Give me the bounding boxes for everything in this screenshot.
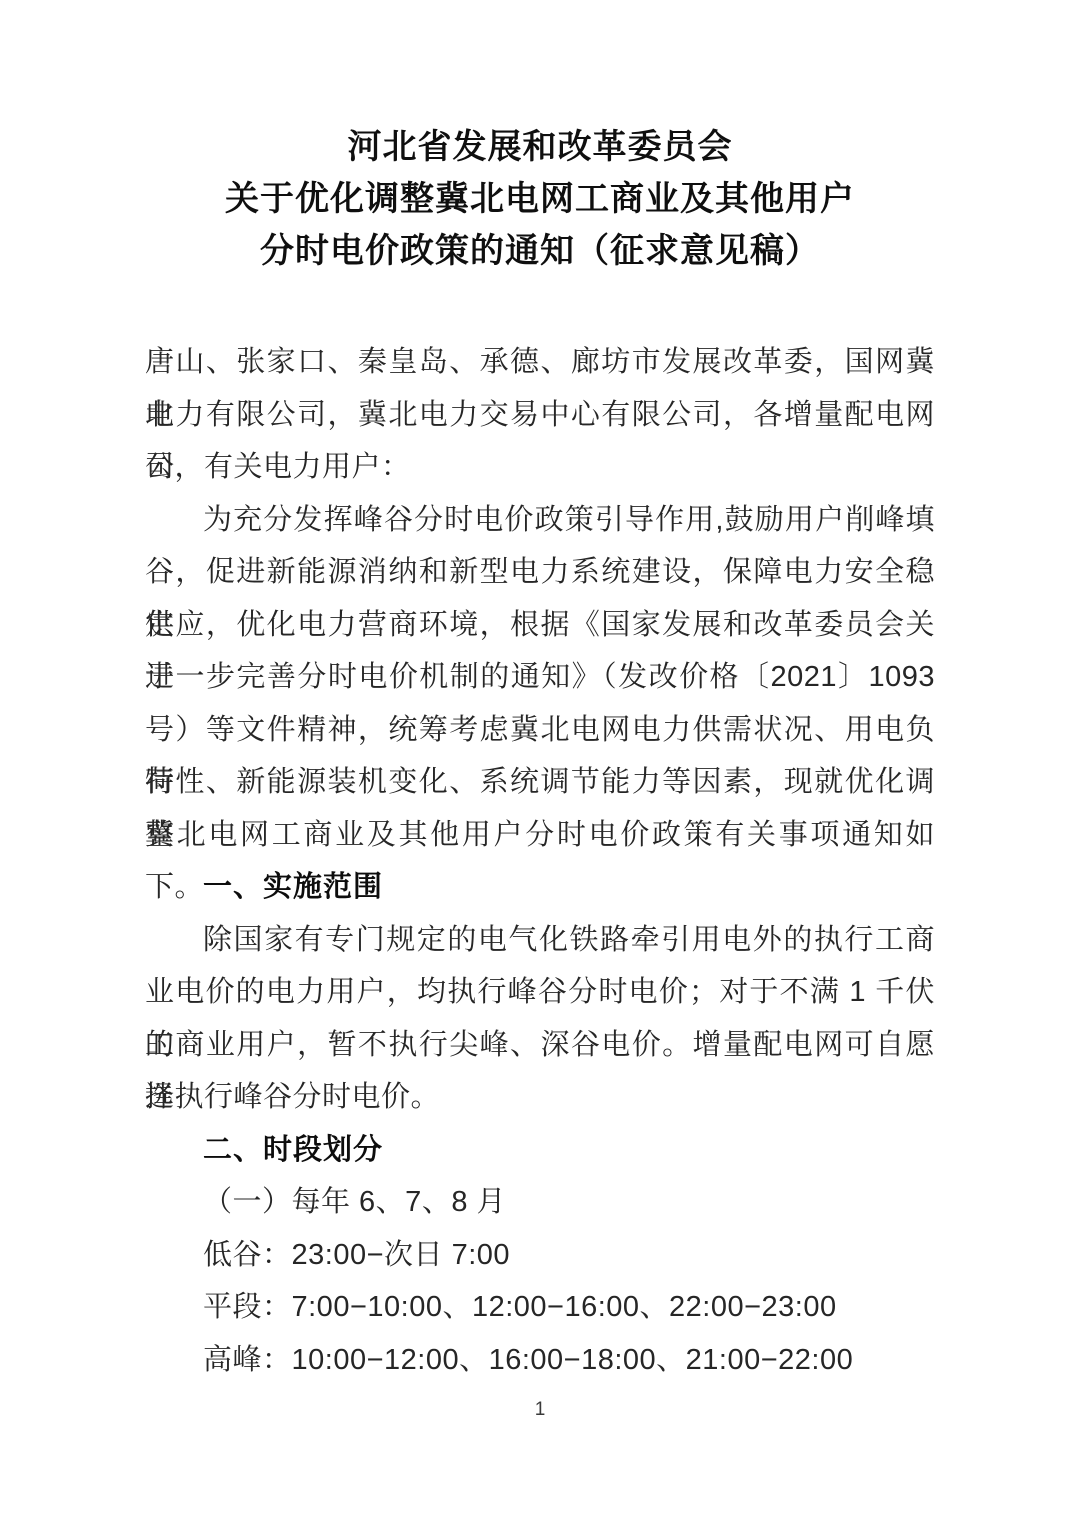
document-page: 河北省发展和改革委员会 关于优化调整冀北电网工商业及其他用户 分时电价政策的通知… [0,0,1080,1527]
intro-line: 为充分发挥峰谷分时电价政策引导作用,鼓励用户削峰填 [145,494,935,547]
valley-period-line: 低谷：23:00−次日 7:00 [145,1229,935,1282]
section-2-heading: 二、时段划分 [145,1124,935,1177]
intro-line: 谷，促进新能源消纳和新型电力系统建设，保障电力安全稳定 [145,546,935,599]
salutation-line: 电力有限公司，冀北电力交易中心有限公司，各增量配电网公 [145,389,935,442]
title-line-1: 河北省发展和改革委员会 [0,121,1080,173]
page-footer: 1 [0,1398,1080,1422]
peak-period-line: 高峰：10:00−12:00、16:00−18:00、21:00−22:00 [145,1334,935,1387]
section-1-heading: 一、实施范围 [145,861,935,914]
document-body: 唐山、张家口、秦皇岛、承德、廊坊市发展改革委，国网冀北 电力有限公司，冀北电力交… [145,336,935,1386]
title-line-2: 关于优化调整冀北电网工商业及其他用户 [0,173,1080,225]
intro-line: 号）等文件精神，统筹考虑冀北电网电力供需状况、用电负荷 [145,704,935,757]
section-1-line: 除国家有专门规定的电气化铁路牵引用电外的执行工商 [145,914,935,967]
page-number: 1 [535,1399,546,1420]
intro-line: 特性、新能源装机变化、系统调节能力等因素，现就优化调整 [145,756,935,809]
intro-line: 冀北电网工商业及其他用户分时电价政策有关事项通知如下。 [145,809,935,862]
salutation-line: 唐山、张家口、秦皇岛、承德、廊坊市发展改革委，国网冀北 [145,336,935,389]
intro-line: 进一步完善分时电价机制的通知》（发改价格〔2021〕1093 [145,651,935,704]
flat-period-line: 平段：7:00−10:00、12:00−16:00、22:00−23:00 [145,1281,935,1334]
section-1-line: 择执行峰谷分时电价。 [145,1071,935,1124]
section-1-line: 工商业用户，暂不执行尖峰、深谷电价。增量配电网可自愿选 [145,1019,935,1072]
intro-line: 供应，优化电力营商环境，根据《国家发展和改革委员会关于 [145,599,935,652]
title-line-3: 分时电价政策的通知（征求意见稿） [0,225,1080,277]
section-1-line: 业电价的电力用户，均执行峰谷分时电价；对于不满 1 千伏的 [145,966,935,1019]
document-title: 河北省发展和改革委员会 关于优化调整冀北电网工商业及其他用户 分时电价政策的通知… [0,121,1080,277]
section-2-item-heading: （一）每年 6、7、8 月 [145,1176,935,1229]
salutation-line: 司，有关电力用户： [145,441,935,494]
